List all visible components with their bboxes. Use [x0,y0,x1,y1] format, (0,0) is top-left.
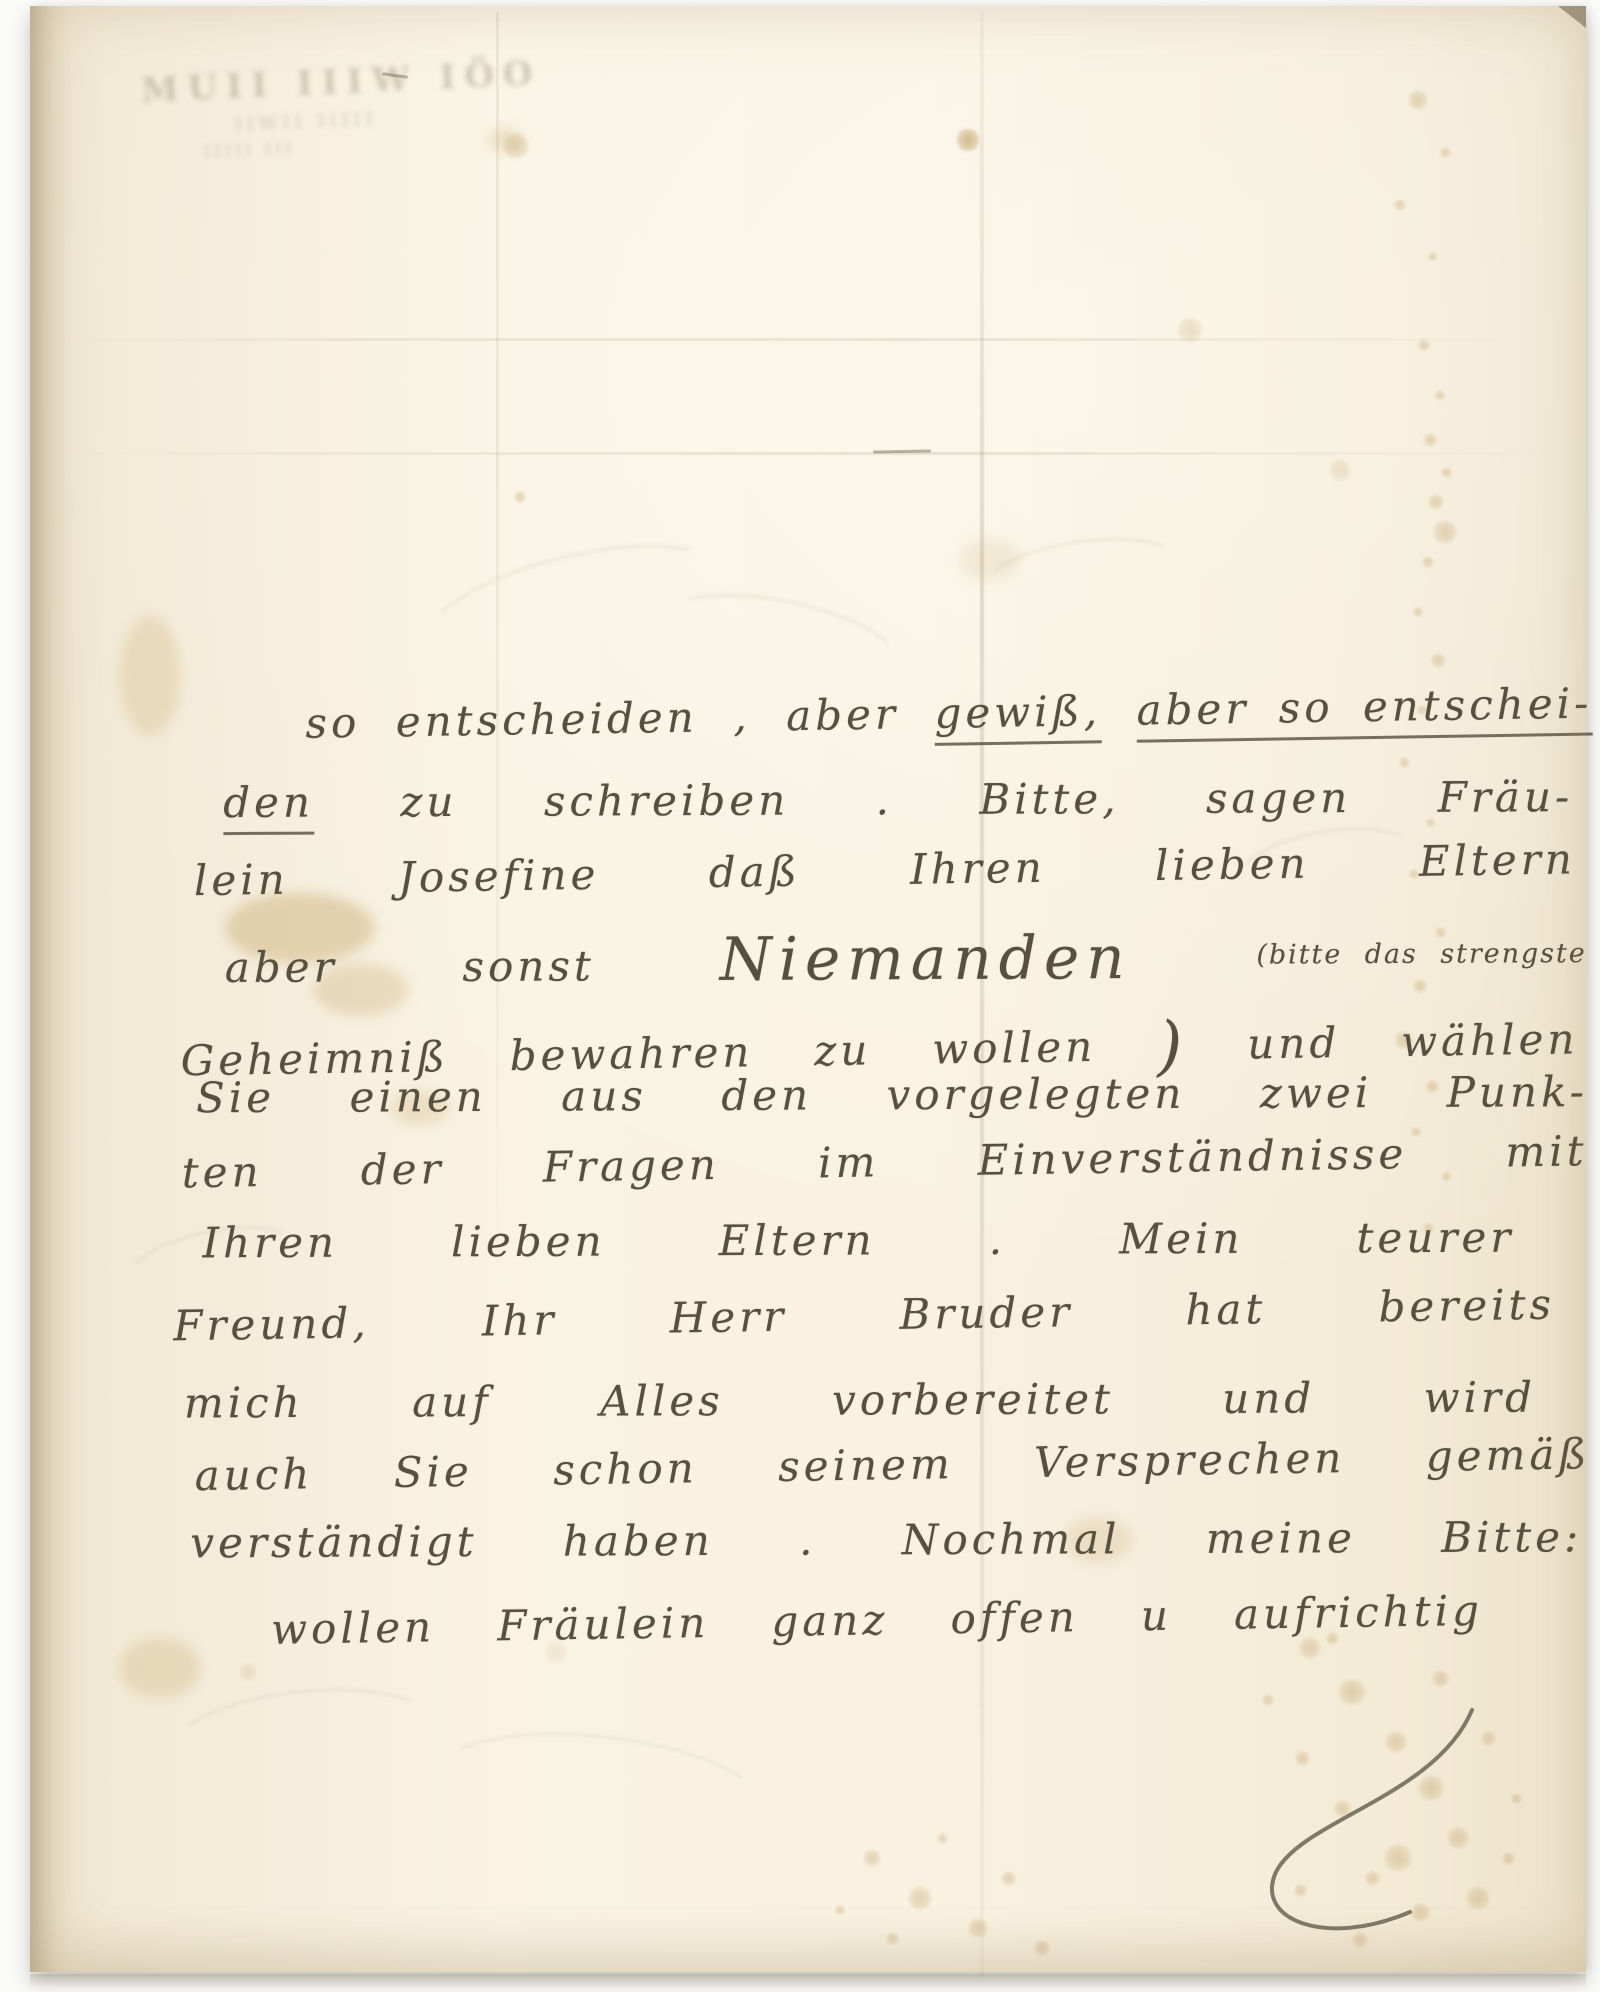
word: vorgelegten [886,1069,1185,1119]
word: Ihren [910,843,1046,894]
word: sonst [462,941,595,991]
word: aufrichtig [1234,1586,1484,1639]
word: Bitte, [979,774,1119,824]
scanned-letter-page: MUII IIIW IÖOIIWII IIIIIIIIII III soents… [0,0,1600,1992]
word: mit [1505,1126,1588,1176]
word: so [305,698,361,748]
word: und [1222,1374,1315,1423]
word: aber [225,943,338,992]
letter-line: verständigthaben.NochmalmeineBitte: [190,1512,1582,1567]
word: aber [786,689,900,740]
letter-line: michaufAllesvorbereitetundwird [184,1373,1536,1428]
word: ganz [771,1595,889,1646]
letter-paper: MUII IIIW IÖOIIWII IIIIIIIIII III soents… [30,6,1586,1972]
word: offen [950,1592,1079,1643]
word: mich [184,1378,304,1428]
word: gewiß, [934,686,1101,746]
word: Josefine [398,850,600,902]
word: seinem [778,1439,954,1491]
word: den [721,1071,812,1120]
word: sagen [1206,773,1352,823]
word: daß [708,847,801,897]
paper-edge-shadow [30,1974,1586,1988]
word: im [818,1137,880,1187]
word: wird [1423,1373,1536,1422]
word: Sie [196,1073,275,1122]
letter-line: abersonstNiemanden(bitte das strengste [225,922,1587,997]
word: Eltern [719,1215,876,1265]
word: . [875,775,893,824]
word: aber so entschei- [1136,679,1593,743]
word: hat [1185,1284,1267,1334]
word: (bitte das strengste [1256,938,1586,970]
word: . [799,1516,817,1565]
letter-line: auchSieschonseinemVersprechengemäß [194,1429,1591,1500]
word: verständigt [190,1517,477,1567]
word: Mein [1119,1214,1244,1264]
word: Fragen [542,1140,720,1192]
letter-line: IhrenliebenEltern.Meinteurer [202,1213,1514,1268]
word: lein [194,855,290,905]
word: zu [814,1025,872,1075]
word: bereits [1378,1280,1555,1332]
word: aus [561,1071,647,1120]
word: . [989,1215,1007,1264]
word: zwei [1260,1068,1373,1117]
word: Ihren [202,1218,338,1268]
word: Einverständnisse [977,1129,1407,1185]
word: einen [349,1072,486,1122]
word: wählen [1401,1014,1579,1066]
word: schreiben [544,776,790,826]
word: den [223,778,314,835]
word: auf [412,1377,492,1426]
letter-text: soentscheiden,abergewiß,aber so entschei… [21,0,1596,1979]
word: haben [563,1516,714,1566]
word: wollen [271,1602,436,1654]
pen-flourish [1180,1704,1480,1954]
word: , [733,692,751,741]
word: Nochmal [902,1514,1121,1564]
word: wollen [932,1022,1097,1074]
letter-line: denzuschreiben.Bitte,sagenFräu- [223,772,1573,835]
word: Eltern [1418,834,1576,885]
word: Fräu- [1438,772,1574,822]
word: ten [181,1147,263,1197]
word: Herr [669,1292,787,1343]
letter-line: leinJosefinedaßIhrenliebenEltern [194,834,1577,905]
word: zu [400,777,457,826]
word: vorbereitet [832,1374,1114,1424]
letter-line: wollenFräuleinganzoffenuaufrichtig [271,1586,1484,1654]
letter-line: Freund,IhrHerrBruderhatbereits [173,1280,1556,1351]
letter-line: SieeinenausdenvorgelegtenzweiPunk- [196,1067,1588,1122]
letter-line: tenderFragenimEinverständnissemit [181,1126,1588,1197]
word: gemäß [1425,1429,1590,1481]
word: Freund, [173,1298,370,1350]
word: der [360,1144,445,1194]
word: lieben [1155,839,1310,890]
word: Bruder [899,1287,1074,1339]
word: Punk- [1447,1067,1588,1117]
word: Ihr [481,1295,557,1345]
word: lieben [451,1217,606,1267]
word: Niemanden [720,924,1132,995]
word: Versprechen [1034,1433,1346,1487]
word: Bitte: [1441,1512,1582,1562]
word: u [1141,1591,1173,1640]
word: Alles [600,1376,724,1426]
word: Fräulein [497,1598,710,1650]
word: teurer [1356,1213,1514,1263]
letter-line: soentscheiden,abergewiß,aber so entschei… [305,679,1593,756]
word: meine [1206,1513,1356,1563]
word: und [1247,1018,1341,1068]
word: schon [553,1443,698,1494]
word: Sie [393,1447,473,1497]
word: auch [194,1449,313,1500]
word: entscheiden [395,693,698,747]
